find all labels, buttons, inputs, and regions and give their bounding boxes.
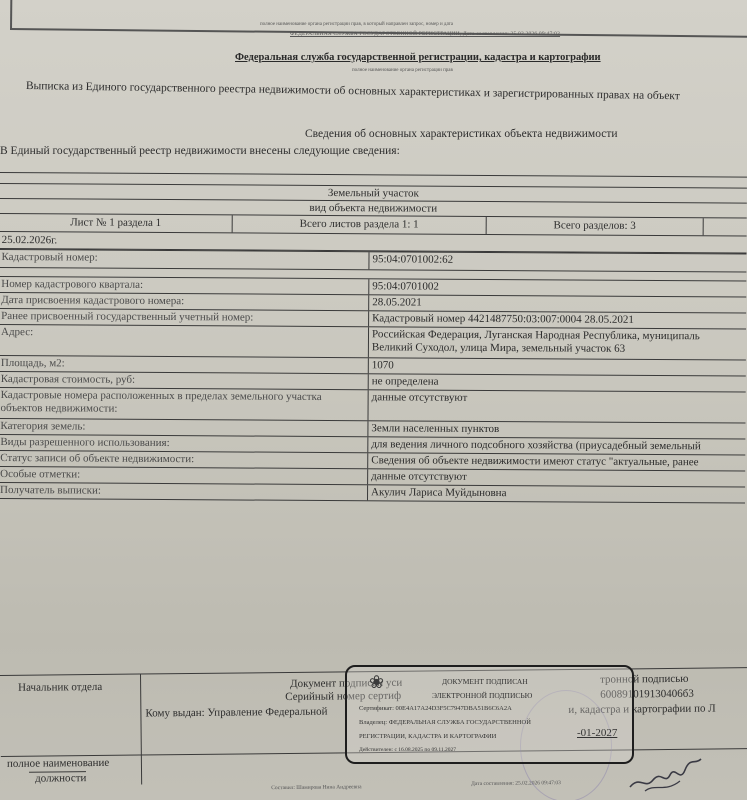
property-table: Земельный участок вид объекта недвижимос… — [0, 172, 747, 504]
row-value: данные отсутствуют — [368, 469, 745, 486]
section-title: Сведения об основных характеристиках объ… — [305, 128, 618, 140]
stamp-line-2: ЭЛЕКТРОННОЙ ПОДПИСЬЮ — [432, 691, 532, 700]
table-row: Кадастровые номера расположенных в преде… — [0, 388, 746, 424]
emblem-icon: ❀ — [369, 672, 384, 693]
row-label: Номер кадастрового квартала: — [0, 277, 369, 294]
stamp-line-1: ДОКУМЕНТ ПОДПИСАН — [442, 677, 528, 686]
intro-text: В Единый государственный реестр недвижим… — [0, 145, 400, 157]
stamp-owner: Владелец: ФЕДЕРАЛЬНАЯ СЛУЖБА ГОСУДАРСТВЕ… — [359, 719, 531, 726]
table-row: Адрес:Российская Федерация, Луганская На… — [0, 325, 746, 361]
row-value: Кадастровый номер 4421487750:03:007:0004… — [369, 311, 746, 328]
row-label: Статус записи об объекте недвижимости: — [0, 451, 368, 468]
row-label: Адрес: — [0, 325, 369, 357]
head-of-department: Начальник отдела — [18, 681, 102, 694]
issued-to-left: Кому выдан: Управление Федеральной — [145, 706, 327, 720]
agency-caption: полное наименование органа регистрации п… — [352, 68, 453, 73]
document-page: полное наименование органа регистрации п… — [0, 0, 747, 800]
compiled-by: Составил: Шамирова Нина Андреевна — [271, 784, 361, 791]
row-value: 95:04:0701002:62 — [369, 252, 746, 271]
row-label: Категория земель: — [0, 419, 368, 436]
row-value: не определена — [369, 374, 746, 391]
row-value: данные отсутствуют — [368, 390, 745, 422]
row-value: для ведения личного подсобного хозяйства… — [368, 437, 745, 454]
position-caption-2: должности — [29, 771, 86, 785]
property-rows: Кадастровый номер: 95:04:0701002:62 Номе… — [0, 249, 747, 504]
position-caption-1: полное наименование — [7, 757, 109, 770]
row-value: 28.05.2021 — [369, 295, 746, 312]
row-label: Кадастровая стоимость, руб: — [0, 372, 369, 389]
agency-name: Федеральная служба государственной регис… — [235, 52, 601, 63]
row-label: Особые отметки: — [0, 467, 368, 484]
sections-total: Всего разделов: 3 — [487, 217, 704, 235]
row-label: Дата присвоения кадастрового номера: — [0, 293, 369, 310]
row-value: Земли населенных пунктов — [368, 421, 745, 438]
row-value: Российская Федерация, Луганская Народная… — [369, 327, 746, 359]
row-label: Ранее присвоенный государственный учетны… — [0, 309, 369, 326]
sheet-info-empty — [704, 218, 747, 235]
row-label: Кадастровые номера расположенных в преде… — [0, 388, 369, 420]
row-label: Кадастровый номер: — [0, 250, 370, 269]
header-fine-print: полное наименование органа регистрации п… — [260, 22, 453, 27]
row-value: 1070 — [369, 358, 746, 375]
row-value: 95:04:0701002 — [369, 279, 746, 296]
header-fine-print-agency: ФЕДЕРАЛЬНАЯ СЛУЖБА ГОСУДАРСТВЕННОЙ РЕГИС… — [290, 31, 560, 37]
stamp-validity: Действителен: с 16.08.2025 по 09.11.2027 — [359, 747, 456, 753]
handwritten-signature — [625, 755, 705, 795]
row-value: Акулич Лариса Муйдыновна — [368, 485, 745, 502]
electronic-signature-stamp: ❀ ДОКУМЕНТ ПОДПИСАН ЭЛЕКТРОННОЙ ПОДПИСЬЮ… — [345, 665, 634, 764]
extract-title: Выписка из Единого государственного реес… — [26, 80, 680, 102]
row-value: Сведения об объекте недвижимости имеют с… — [368, 453, 745, 470]
stamp-certificate: Сертификат: 00E4A17A24D3F5C7947DBA51B6C6… — [359, 705, 512, 712]
stamp-owner-cont: РЕГИСТРАЦИИ, КАДАСТРА И КАРТОГРАФИИ — [359, 733, 496, 740]
row-label: Виды разрешенного использования: — [0, 435, 368, 452]
row-label: Получатель выписки: — [0, 483, 368, 500]
stamp-valid-to: -01-2027 — [577, 727, 617, 739]
sheets-total: Всего листов раздела 1: 1 — [233, 215, 487, 234]
sheet-number: Лист № 1 раздела 1 — [0, 214, 233, 232]
table-row: Получатель выписки:Акулич Лариса Муйдыно… — [0, 483, 745, 504]
row-label: Площадь, м2: — [0, 356, 369, 373]
